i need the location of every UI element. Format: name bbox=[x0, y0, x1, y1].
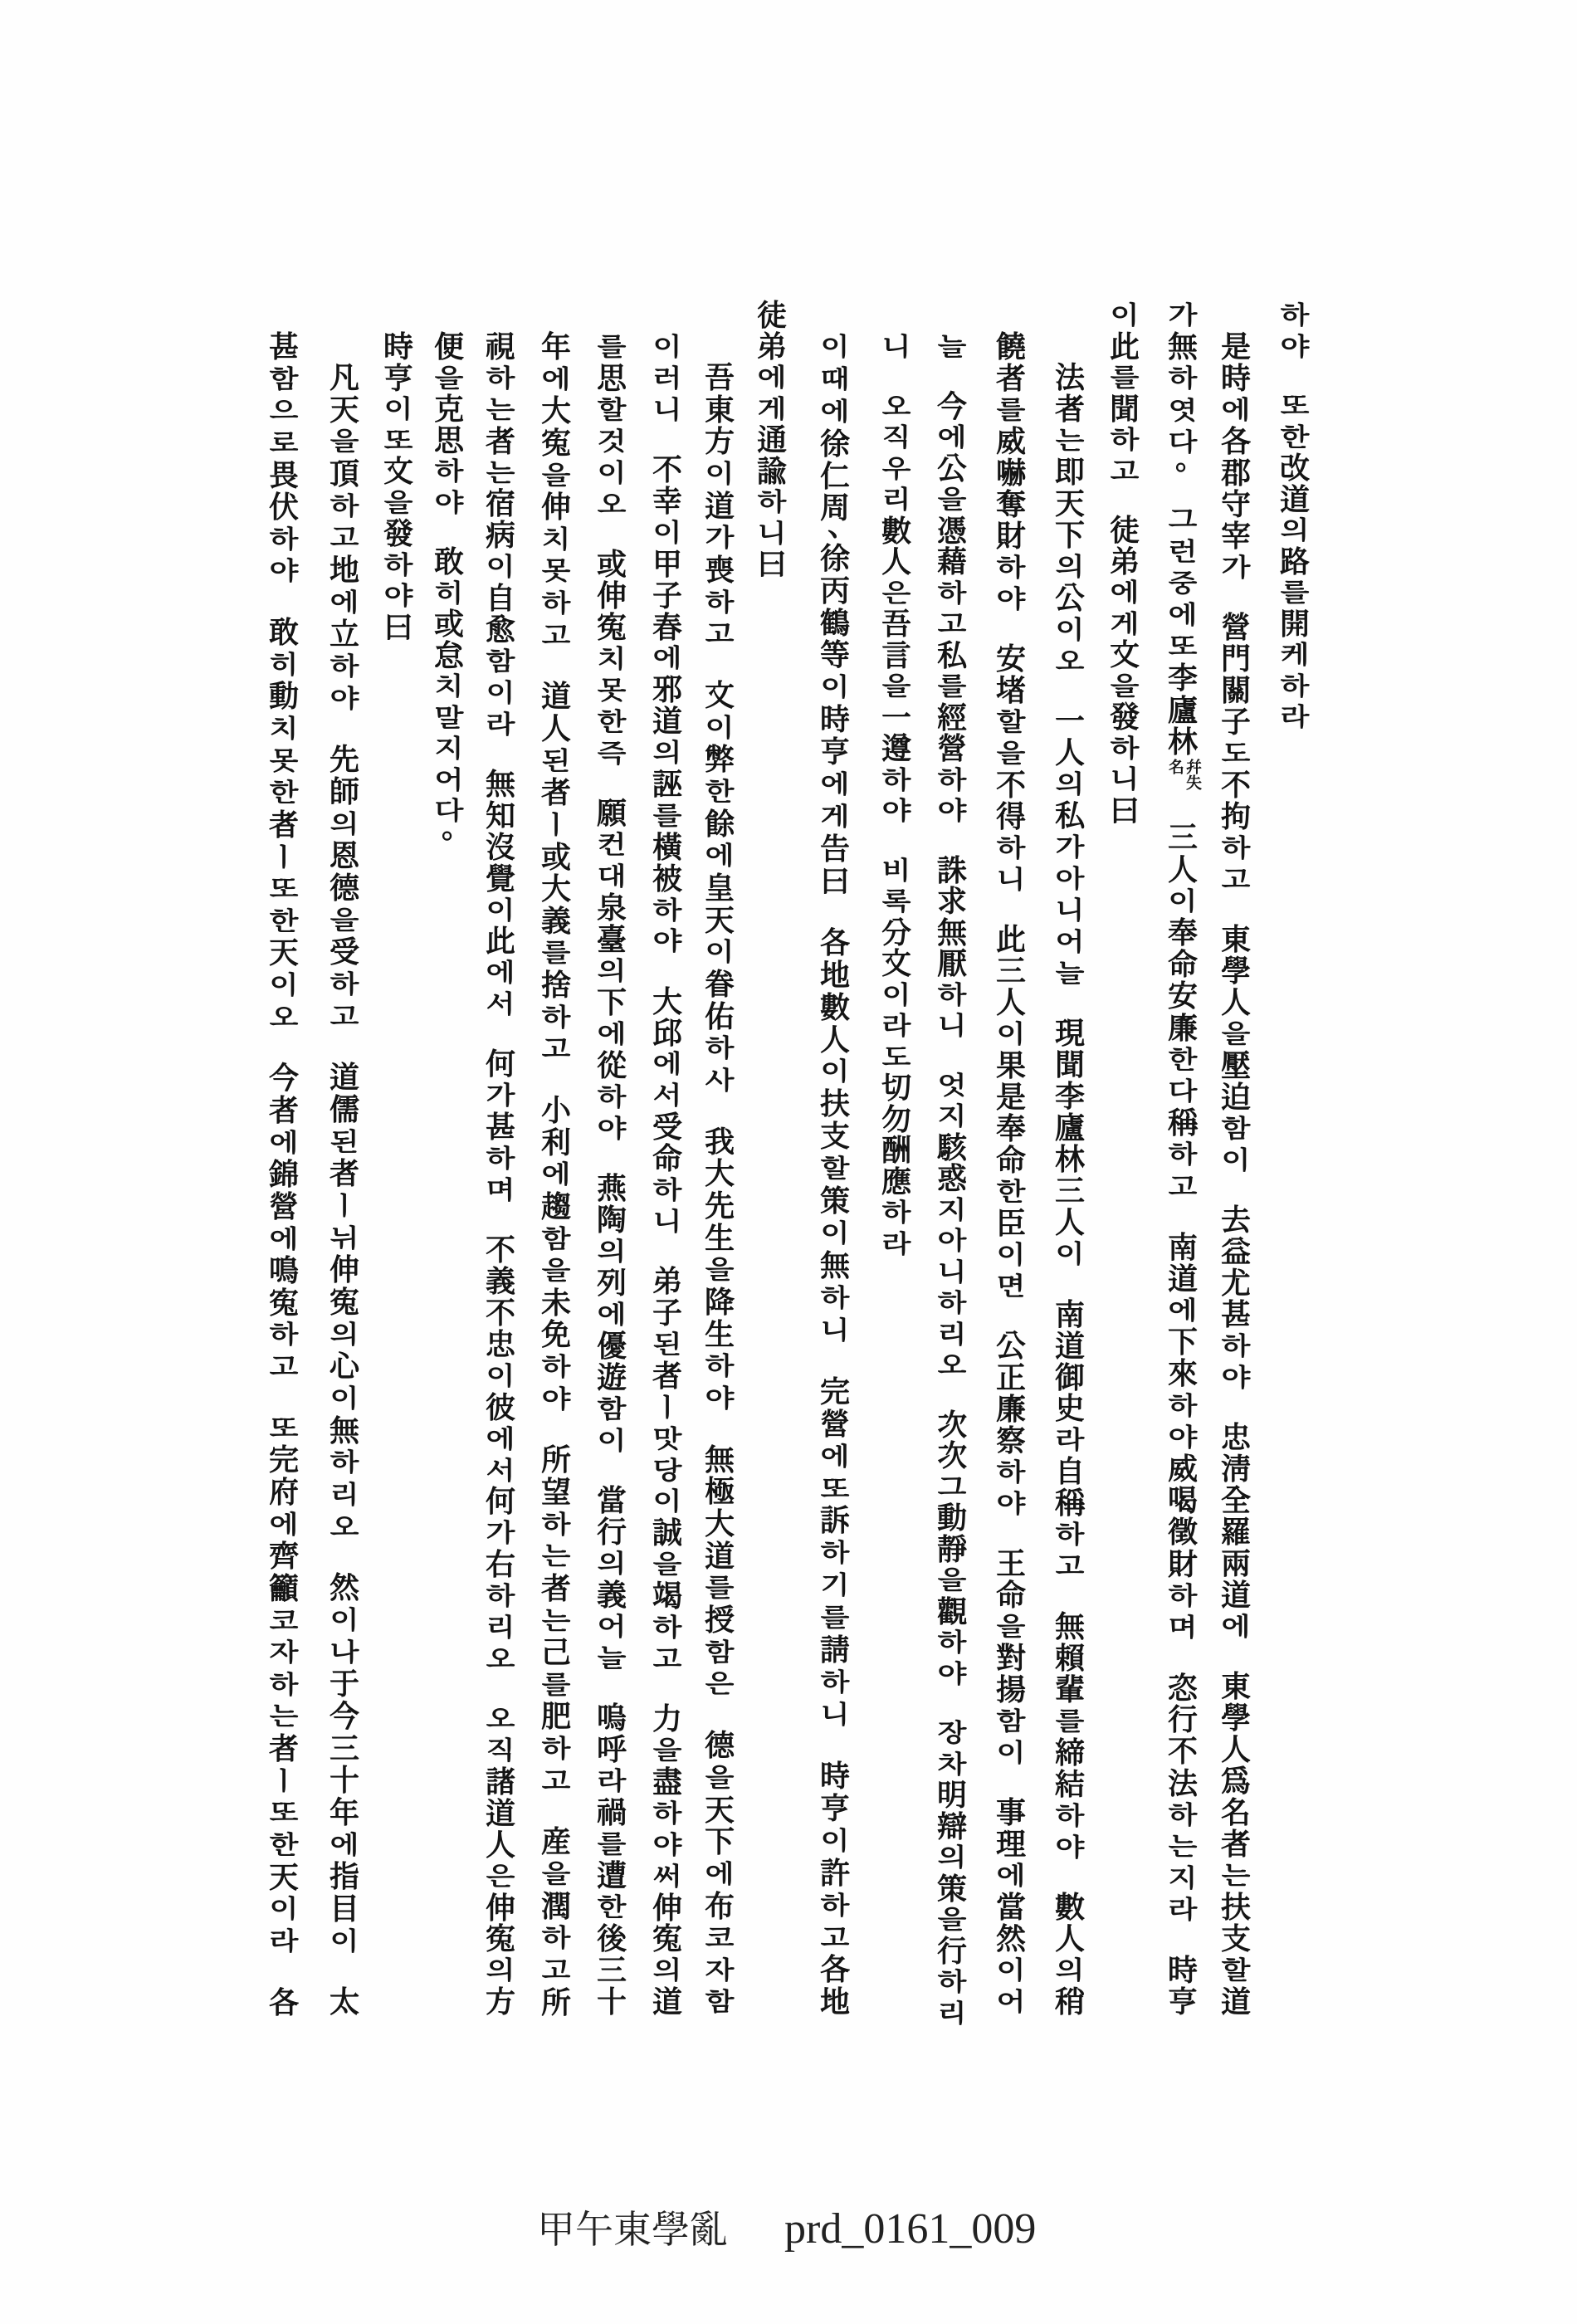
glyph: 諭 bbox=[754, 456, 790, 488]
glyph: 道 bbox=[1218, 1580, 1254, 1612]
glyph: 天 bbox=[1052, 489, 1088, 520]
glyph: 엿 bbox=[1164, 398, 1201, 425]
glyph: 엇 bbox=[934, 1073, 970, 1100]
glyph: 從 bbox=[593, 1051, 630, 1082]
glyph: 또 bbox=[266, 1416, 302, 1443]
glyph: 恩 bbox=[326, 841, 363, 872]
glyph: 니 bbox=[1106, 767, 1143, 793]
glyph: 儒 bbox=[326, 1095, 363, 1126]
glyph-space bbox=[993, 896, 1029, 925]
glyph: 目 bbox=[326, 1894, 363, 1926]
glyph: 게 bbox=[817, 804, 853, 831]
glyph: 無 bbox=[482, 769, 519, 801]
glyph: 酬 bbox=[878, 1135, 915, 1167]
glyph: 함 bbox=[482, 649, 519, 676]
glyph: 對 bbox=[993, 1643, 1029, 1675]
glyph: 曰 bbox=[817, 867, 853, 898]
glyph: 者 bbox=[266, 1734, 302, 1765]
glyph: 야 bbox=[649, 929, 686, 955]
glyph-space bbox=[1218, 1643, 1254, 1672]
glyph: 恣 bbox=[1164, 1673, 1201, 1705]
glyph: 正 bbox=[993, 1363, 1029, 1394]
glyph: 文 bbox=[701, 681, 738, 712]
glyph: 許 bbox=[817, 1858, 853, 1890]
glyph: 當 bbox=[593, 1486, 630, 1517]
glyph: 請 bbox=[817, 1635, 853, 1667]
glyph: 하 bbox=[934, 983, 970, 1009]
glyph: 고 bbox=[538, 623, 574, 650]
glyph: 리 bbox=[934, 1322, 970, 1349]
glyph: 오 bbox=[1052, 649, 1088, 676]
glyph: 의 bbox=[593, 959, 630, 985]
glyph: 等 bbox=[817, 640, 853, 671]
glyph: 하 bbox=[380, 553, 417, 579]
glyph: 觀 bbox=[934, 1597, 970, 1628]
glyph: 太 bbox=[326, 1987, 363, 2019]
glyph: 安 bbox=[1164, 981, 1201, 1013]
glyph: 人 bbox=[1218, 988, 1254, 1019]
glyph: 寃 bbox=[482, 1924, 519, 1955]
glyph: 가 bbox=[701, 525, 738, 552]
glyph: 함 bbox=[538, 1227, 574, 1253]
glyph: 御 bbox=[1052, 1363, 1088, 1394]
glyph: 伏 bbox=[266, 492, 302, 524]
glyph: 下 bbox=[593, 988, 630, 1019]
glyph: 할 bbox=[593, 398, 630, 424]
glyph: 師 bbox=[326, 777, 363, 808]
glyph: 我 bbox=[701, 1127, 738, 1159]
glyph-space bbox=[538, 1067, 574, 1095]
glyph: 못 bbox=[266, 749, 302, 775]
glyph: 에 bbox=[701, 1862, 738, 1888]
glyph: 이 bbox=[701, 940, 738, 966]
glyph: 장 bbox=[934, 1721, 970, 1747]
glyph: 는 bbox=[266, 1704, 302, 1731]
glyph: 으 bbox=[266, 398, 302, 425]
glyph: 者 bbox=[482, 427, 519, 458]
glyph: 야 bbox=[431, 491, 467, 517]
glyph: 今 bbox=[934, 392, 970, 423]
glyph: ㅣ bbox=[538, 813, 574, 839]
glyph: 次 bbox=[934, 1441, 970, 1472]
glyph: 에 bbox=[538, 1162, 574, 1189]
glyph-space bbox=[817, 1348, 853, 1376]
glyph: 敢 bbox=[431, 547, 467, 579]
glyph: 各 bbox=[1218, 427, 1254, 458]
glyph: 야 bbox=[380, 583, 417, 610]
glyph: 動 bbox=[266, 681, 302, 713]
glyph: 한 bbox=[993, 1179, 1029, 1206]
glyph: 人 bbox=[538, 714, 574, 745]
glyph: 야 bbox=[266, 559, 302, 585]
glyph-space bbox=[266, 1958, 302, 1986]
glyph-space bbox=[482, 741, 519, 769]
glyph: 免 bbox=[538, 1320, 574, 1351]
glyph: 한 bbox=[266, 909, 302, 935]
glyph: 諸 bbox=[482, 1767, 519, 1799]
glyph: 敢 bbox=[266, 618, 302, 649]
glyph: 十 bbox=[326, 1765, 363, 1797]
glyph: 된 bbox=[326, 1130, 363, 1156]
glyph: 道 bbox=[538, 681, 574, 713]
glyph: 대 bbox=[593, 864, 630, 891]
glyph-space bbox=[1164, 1927, 1201, 1955]
glyph: 寃 bbox=[326, 1287, 363, 1319]
glyph: 者 bbox=[538, 778, 574, 809]
glyph: 先 bbox=[326, 745, 363, 776]
glyph: 이 bbox=[1052, 1242, 1088, 1268]
glyph: 라 bbox=[1277, 705, 1313, 731]
glyph: 大 bbox=[649, 987, 686, 1018]
glyph: 次 bbox=[934, 1410, 970, 1442]
glyph: 呼 bbox=[593, 1735, 630, 1766]
glyph: 文 bbox=[1106, 640, 1143, 671]
glyph: 하 bbox=[538, 591, 574, 618]
glyph: 고 bbox=[649, 1647, 686, 1673]
text-column-15: 視하는者는宿病이自愈함이라無知沒覺이此에서何가甚하며不義不忠이彼에서何가右하리오… bbox=[482, 332, 519, 2019]
glyph: 니 bbox=[649, 1209, 686, 1236]
glyph: 한 bbox=[1164, 1047, 1201, 1074]
text-column-10: 徒弟에게通諭하니曰 bbox=[754, 300, 790, 581]
glyph: 營 bbox=[1218, 613, 1254, 644]
glyph: 者 bbox=[1218, 1829, 1254, 1861]
glyph: 財 bbox=[993, 521, 1029, 553]
glyph-space bbox=[934, 1690, 970, 1718]
glyph: 를 bbox=[993, 398, 1029, 424]
glyph: 道 bbox=[1052, 1331, 1088, 1363]
glyph: 事 bbox=[993, 1798, 1029, 1829]
glyph: 에 bbox=[934, 425, 970, 452]
glyph-space bbox=[993, 1521, 1029, 1549]
glyph: 公 bbox=[993, 1331, 1029, 1363]
glyph: 子 bbox=[649, 581, 686, 613]
glyph: 自 bbox=[482, 583, 519, 615]
glyph: 營 bbox=[817, 1409, 853, 1441]
glyph: 에 bbox=[482, 1427, 519, 1453]
glyph-space bbox=[593, 1457, 630, 1486]
glyph: 고 bbox=[1052, 1554, 1088, 1580]
glyph: 命 bbox=[993, 1580, 1029, 1612]
glyph: 아 bbox=[1052, 867, 1088, 893]
glyph: 或 bbox=[431, 609, 467, 641]
glyph: 하 bbox=[1218, 836, 1254, 862]
glyph: 이 bbox=[649, 1489, 686, 1516]
glyph: 沒 bbox=[482, 832, 519, 864]
glyph: 나 bbox=[326, 1640, 363, 1667]
glyph: 列 bbox=[593, 1268, 630, 1300]
glyph: 함 bbox=[701, 1640, 738, 1667]
glyph: 런 bbox=[1164, 539, 1201, 566]
glyph: 後 bbox=[593, 1924, 630, 1955]
glyph: 眷 bbox=[701, 969, 738, 1001]
glyph: 財 bbox=[1164, 1550, 1201, 1581]
glyph: 者 bbox=[266, 810, 302, 842]
glyph-space bbox=[538, 1798, 574, 1826]
glyph: 고 bbox=[934, 612, 970, 638]
glyph: 을 bbox=[878, 674, 915, 701]
glyph: 鳴 bbox=[266, 1256, 302, 1287]
glyph: 威 bbox=[993, 427, 1029, 458]
glyph-space bbox=[1164, 1203, 1201, 1232]
glyph-space bbox=[538, 1416, 574, 1444]
glyph: 에 bbox=[754, 365, 790, 392]
glyph: 天 bbox=[701, 906, 738, 937]
glyph-space bbox=[1052, 1864, 1088, 1892]
glyph: 甚 bbox=[1218, 1300, 1254, 1331]
glyph: 趨 bbox=[538, 1192, 574, 1223]
glyph: 畏 bbox=[266, 461, 302, 492]
glyph: 하 bbox=[538, 1736, 574, 1763]
glyph: 德 bbox=[701, 1731, 738, 1762]
text-column-9: 이때에徐仁周、徐丙鶴等이時亨에게告曰各地數人이扶支할策이無하니完營에또訴하기를請… bbox=[817, 332, 853, 2019]
glyph: 서 bbox=[482, 1458, 519, 1485]
glyph: 聞 bbox=[1106, 394, 1143, 426]
glyph: 지 bbox=[934, 1104, 970, 1130]
glyph-space bbox=[1218, 1394, 1254, 1423]
glyph: 고 bbox=[817, 1926, 853, 1952]
glyph: 切 bbox=[878, 1073, 915, 1105]
glyph-space bbox=[993, 1303, 1029, 1331]
glyph: 자 bbox=[266, 1640, 302, 1667]
glyph-space bbox=[1164, 794, 1201, 823]
glyph: 理 bbox=[993, 1829, 1029, 1861]
glyph: 錦 bbox=[266, 1160, 302, 1191]
text-column-18: 凡天을頂하고地에立하야先師의恩德을受하고道儒된者ㅣ뉘伸寃의心이無하리오然이나于今… bbox=[326, 363, 363, 2019]
glyph: 의 bbox=[326, 1322, 363, 1349]
glyph: 南 bbox=[1164, 1233, 1201, 1264]
glyph: 凡 bbox=[326, 363, 363, 394]
glyph: 稱 bbox=[1052, 1488, 1088, 1520]
glyph: 차 bbox=[934, 1752, 970, 1779]
glyph: 야 bbox=[649, 1833, 686, 1859]
glyph: 는 bbox=[1052, 428, 1088, 455]
glyph: 어 bbox=[431, 768, 467, 794]
glyph-space bbox=[817, 1732, 853, 1760]
glyph-space bbox=[1052, 1583, 1088, 1611]
glyph: 하 bbox=[993, 555, 1029, 582]
glyph: 拘 bbox=[1218, 802, 1254, 833]
glyph: 어 bbox=[993, 1990, 1029, 2016]
glyph: 게 bbox=[1106, 612, 1143, 638]
glyph: 駭 bbox=[934, 1133, 970, 1164]
glyph: 數 bbox=[1052, 1892, 1088, 1924]
glyph: 을 bbox=[934, 1907, 970, 1934]
glyph: 壓 bbox=[1218, 1051, 1254, 1082]
glyph: 함 bbox=[701, 1990, 738, 2016]
glyph: 動 bbox=[934, 1503, 970, 1535]
glyph: 頂 bbox=[326, 459, 363, 491]
glyph: 大 bbox=[538, 396, 574, 427]
glyph: 道 bbox=[701, 491, 738, 523]
glyph: 道 bbox=[649, 1987, 686, 2019]
glyph: 徐 bbox=[817, 429, 853, 461]
glyph: 益 bbox=[1218, 1237, 1254, 1268]
glyph-space bbox=[1218, 1177, 1254, 1205]
glyph-space bbox=[1277, 363, 1313, 391]
glyph-space bbox=[701, 1098, 738, 1126]
glyph: 에 bbox=[326, 590, 363, 617]
glyph: 하 bbox=[1164, 366, 1201, 393]
glyph: 을 bbox=[934, 1568, 970, 1594]
glyph: 게 bbox=[754, 397, 790, 423]
glyph: 니 bbox=[817, 1702, 853, 1729]
glyph: 察 bbox=[993, 1426, 1029, 1457]
glyph: 뉘 bbox=[326, 1226, 363, 1252]
glyph: 道 bbox=[649, 706, 686, 738]
glyph-space bbox=[266, 588, 302, 617]
glyph: 安 bbox=[993, 644, 1029, 676]
glyph: 어 bbox=[593, 1614, 630, 1641]
glyph: 完 bbox=[266, 1445, 302, 1477]
glyph: 無 bbox=[701, 1445, 738, 1477]
glyph-space bbox=[701, 1701, 738, 1730]
glyph: 年 bbox=[326, 1798, 363, 1829]
glyph-space bbox=[538, 652, 574, 681]
glyph: 에 bbox=[1218, 398, 1254, 424]
glyph: 徒 bbox=[1106, 515, 1143, 547]
glyph: 의 bbox=[934, 1845, 970, 1872]
text-column-7: 늘今에公을憑藉하고私를經營하야誅求無厭하니엇지駭惑지아니하리오次次그動靜을觀하야… bbox=[934, 332, 970, 2019]
glyph: 利 bbox=[538, 1128, 574, 1160]
glyph: 力 bbox=[649, 1704, 686, 1736]
glyph: 이 bbox=[993, 1958, 1029, 1985]
glyph-space bbox=[817, 899, 853, 927]
glyph: 或 bbox=[538, 842, 574, 874]
glyph: 三 bbox=[326, 1734, 363, 1765]
glyph: 의 bbox=[1052, 1958, 1088, 1985]
glyph: 한 bbox=[1277, 425, 1313, 452]
glyph: 一 bbox=[878, 703, 915, 735]
glyph: 寃 bbox=[266, 1288, 302, 1320]
glyph: 羅 bbox=[1218, 1517, 1254, 1549]
glyph: 年 bbox=[538, 332, 574, 364]
glyph: 하 bbox=[1277, 303, 1313, 330]
glyph: 竭 bbox=[649, 1581, 686, 1613]
text-column-3: 가無하엿다。그런중에또李廬林 幷失名 三人이奉命安廉한다稱하고南道에下來하야威喝… bbox=[1164, 300, 1201, 2019]
glyph: 産 bbox=[538, 1827, 574, 1858]
glyph: 授 bbox=[701, 1605, 738, 1637]
glyph: 하 bbox=[482, 1146, 519, 1173]
glyph: 明 bbox=[934, 1780, 970, 1812]
glyph-space bbox=[934, 1042, 970, 1071]
glyph: 는 bbox=[1164, 1834, 1201, 1861]
glyph: 함 bbox=[1218, 1116, 1254, 1143]
glyph: 嚇 bbox=[993, 458, 1029, 490]
glyph: 奪 bbox=[993, 490, 1029, 521]
glyph: 弟 bbox=[1106, 547, 1143, 579]
glyph: 을 bbox=[649, 1552, 686, 1579]
glyph: 路 bbox=[1277, 547, 1313, 579]
glyph: 니 bbox=[934, 1260, 970, 1286]
glyph: 이 bbox=[593, 461, 630, 487]
glyph: 의 bbox=[1277, 518, 1313, 544]
glyph: 를 bbox=[1106, 365, 1143, 392]
glyph: 今 bbox=[326, 1701, 363, 1733]
glyph: 小 bbox=[538, 1096, 574, 1127]
glyph: 誣 bbox=[649, 769, 686, 801]
glyph: 遭 bbox=[593, 1861, 630, 1892]
glyph: 이 bbox=[266, 973, 302, 999]
glyph: 捨 bbox=[538, 970, 574, 1002]
glyph-space bbox=[431, 519, 467, 547]
glyph: 己 bbox=[538, 1638, 574, 1669]
glyph: 門 bbox=[1218, 644, 1254, 676]
glyph: 通 bbox=[754, 425, 790, 456]
glyph: 分 bbox=[878, 918, 915, 950]
glyph: 極 bbox=[701, 1477, 738, 1508]
glyph: 策 bbox=[934, 1874, 970, 1906]
glyph: 地 bbox=[326, 555, 363, 587]
glyph: 이 bbox=[701, 715, 738, 742]
glyph: 의 bbox=[326, 812, 363, 838]
glyph: 天 bbox=[266, 1863, 302, 1894]
glyph-space bbox=[482, 1207, 519, 1235]
glyph: 는 bbox=[1218, 1863, 1254, 1890]
glyph: 이 bbox=[482, 554, 519, 581]
glyph: 德 bbox=[326, 873, 363, 905]
glyph-space bbox=[266, 1034, 302, 1062]
glyph: 이 bbox=[817, 1221, 853, 1247]
glyph: 寃 bbox=[593, 613, 630, 644]
glyph: 人 bbox=[878, 547, 915, 579]
glyph: 宿 bbox=[482, 489, 519, 520]
glyph: 此 bbox=[993, 925, 1029, 956]
glyph: 橫 bbox=[649, 832, 686, 864]
glyph: 是 bbox=[1218, 332, 1254, 364]
glyph: 人 bbox=[993, 988, 1029, 1019]
glyph: 道 bbox=[482, 1799, 519, 1830]
glyph: 을 bbox=[538, 1258, 574, 1285]
glyph: 이 bbox=[817, 1059, 853, 1086]
glyph: 야 bbox=[326, 686, 363, 713]
glyph: 郡 bbox=[1218, 458, 1254, 490]
glyph: 코 bbox=[701, 1926, 738, 1952]
glyph: 하 bbox=[649, 1615, 686, 1642]
glyph: 에 bbox=[538, 367, 574, 393]
glyph: 當 bbox=[993, 1892, 1029, 1924]
text-column-13: 를思할것이오或伸寃치못한즉願컨대泉臺의下에從하야燕陶의列에優遊함이當行의義어늘嗚… bbox=[593, 332, 630, 2019]
glyph: 록 bbox=[878, 889, 915, 915]
glyph: 라 bbox=[593, 1769, 630, 1795]
glyph: 文 bbox=[878, 949, 915, 980]
glyph: 言 bbox=[878, 641, 915, 672]
glyph: 嗚 bbox=[593, 1703, 630, 1735]
glyph: 고 bbox=[538, 1958, 574, 1985]
glyph: 命 bbox=[649, 1144, 686, 1175]
glyph: 稱 bbox=[1164, 1108, 1201, 1140]
glyph: 고 bbox=[1164, 1174, 1201, 1201]
glyph: 私 bbox=[1052, 801, 1088, 832]
glyph: 컨 bbox=[593, 832, 630, 859]
glyph: 各 bbox=[817, 928, 853, 959]
glyph: 不 bbox=[649, 455, 686, 486]
glyph: 喪 bbox=[701, 555, 738, 587]
glyph: 을 bbox=[1218, 1022, 1254, 1048]
glyph: 하 bbox=[1164, 1584, 1201, 1610]
glyph: 扶 bbox=[1218, 1892, 1254, 1924]
glyph: 東 bbox=[1218, 925, 1254, 956]
glyph: 人 bbox=[1052, 1208, 1088, 1239]
glyph: 야 bbox=[878, 798, 915, 825]
glyph: 者 bbox=[993, 364, 1029, 395]
glyph: 이 bbox=[817, 675, 853, 701]
text-column-4: 이此를聞하고徒弟에게文을發하니曰 bbox=[1106, 300, 1143, 827]
glyph: 하 bbox=[1164, 1394, 1201, 1420]
glyph: 야 bbox=[934, 798, 970, 825]
glyph: 自 bbox=[1052, 1457, 1088, 1488]
glyph: 에 bbox=[1106, 580, 1143, 607]
glyph: 憑 bbox=[934, 516, 970, 548]
